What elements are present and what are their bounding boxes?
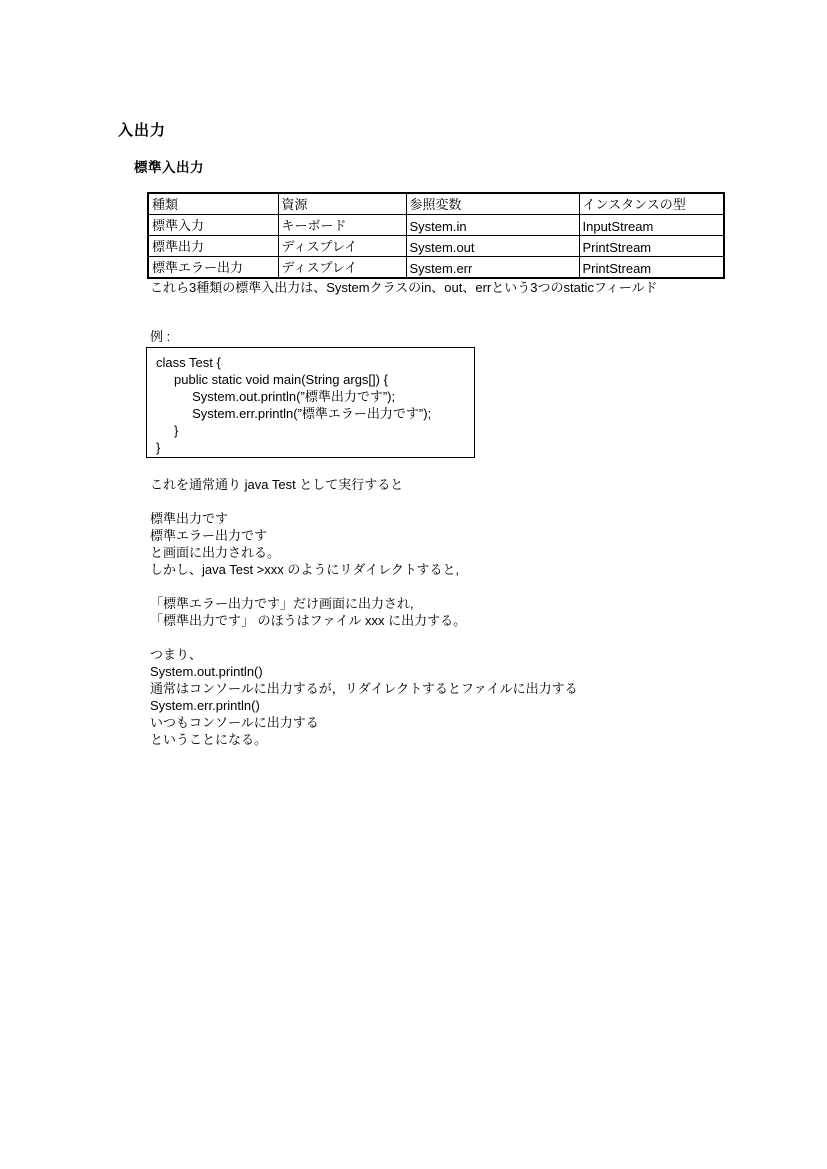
table-row-stdin: 標準入力 キーボード System.in InputStream: [148, 215, 724, 236]
table-header-instance-type: インスタンスの型: [579, 193, 724, 215]
intro-paragraph: これら3種類の標準入出力は、Systemクラスのin、out、errという3つの…: [150, 277, 658, 296]
code-text: class Test { public static void main(Str…: [156, 354, 431, 456]
table-cell: InputStream: [579, 215, 724, 236]
table-header-resource: 資源: [278, 193, 406, 215]
document-page: { "page": { "background": "#ffffff", "te…: [0, 0, 827, 1169]
example-label: 例 :: [150, 326, 170, 345]
table-cell: System.err: [406, 257, 579, 279]
section-heading-standard-io: 標準入出力: [134, 156, 204, 176]
table-cell: System.in: [406, 215, 579, 236]
table-header-kind: 種類: [148, 193, 278, 215]
stdio-table: 種類 資源 参照変数 インスタンスの型 標準入力 キーボード System.in…: [147, 192, 725, 279]
table-cell: ディスプレイ: [278, 257, 406, 279]
table-cell: 標準出力: [148, 236, 278, 257]
page-title: 入出力: [118, 119, 166, 140]
table-row-stdout: 標準出力 ディスプレイ System.out PrintStream: [148, 236, 724, 257]
table-cell: キーボード: [278, 215, 406, 236]
table-cell: System.out: [406, 236, 579, 257]
code-example-box: class Test { public static void main(Str…: [146, 347, 475, 458]
table-cell: ディスプレイ: [278, 236, 406, 257]
table-row-stderr: 標準エラー出力 ディスプレイ System.err PrintStream: [148, 257, 724, 279]
table-header-row: 種類 資源 参照変数 インスタンスの型: [148, 193, 724, 215]
table-cell: 標準エラー出力: [148, 257, 278, 279]
body-text: これを通常通り java Test として実行すると 標準出力です 標準エラー出…: [150, 476, 578, 748]
table-cell: PrintStream: [579, 257, 724, 279]
table-header-reference-variable: 参照変数: [406, 193, 579, 215]
table-cell: PrintStream: [579, 236, 724, 257]
table-cell: 標準入力: [148, 215, 278, 236]
